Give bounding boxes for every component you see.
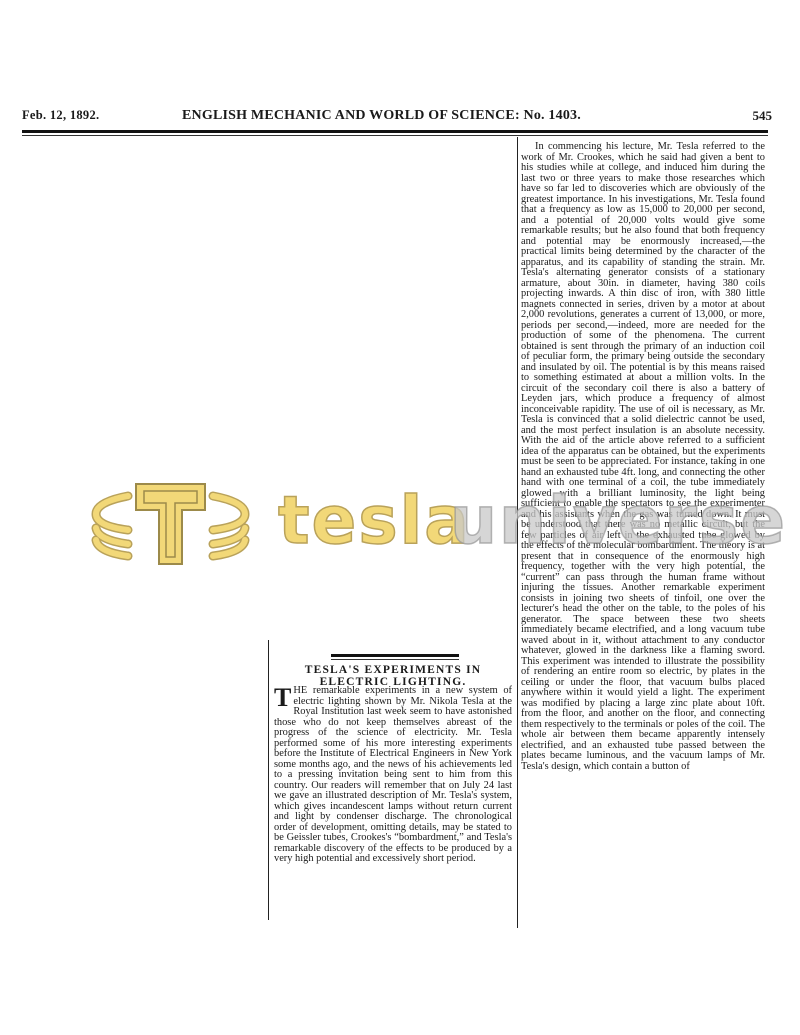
article-paragraph: In commencing his lecture, Mr. Tesla ref… (521, 142, 765, 772)
tesla-coil-logo-icon (88, 478, 253, 568)
article-separator-thick (331, 654, 459, 657)
article-separator-thin (331, 659, 459, 660)
issue-date: Feb. 12, 1892. (22, 108, 99, 123)
article-lead-paragraph: THE remarkable experiments in a new syst… (274, 686, 512, 865)
left-column-text: THE remarkable experiments in a new syst… (274, 686, 512, 865)
column-divider-right (517, 137, 518, 928)
publication-title: ENGLISH MECHANIC AND WORLD OF SCIENCE: N… (182, 108, 581, 124)
drop-cap: T (274, 687, 291, 709)
watermark-brand-tesla: tesla (278, 486, 471, 556)
header-rule-thick (22, 130, 768, 133)
lead-paragraph-text: HE remarkable experiments in a new syste… (274, 685, 512, 864)
article-title-line-1: TESLA'S EXPERIMENTS IN (274, 664, 512, 676)
header-rule-thin (22, 135, 768, 136)
column-divider-left (268, 640, 269, 920)
page-header: Feb. 12, 1892. ENGLISH MECHANIC AND WORL… (22, 108, 772, 126)
right-column-text: In commencing his lecture, Mr. Tesla ref… (521, 142, 765, 772)
page-number: 545 (753, 108, 773, 124)
